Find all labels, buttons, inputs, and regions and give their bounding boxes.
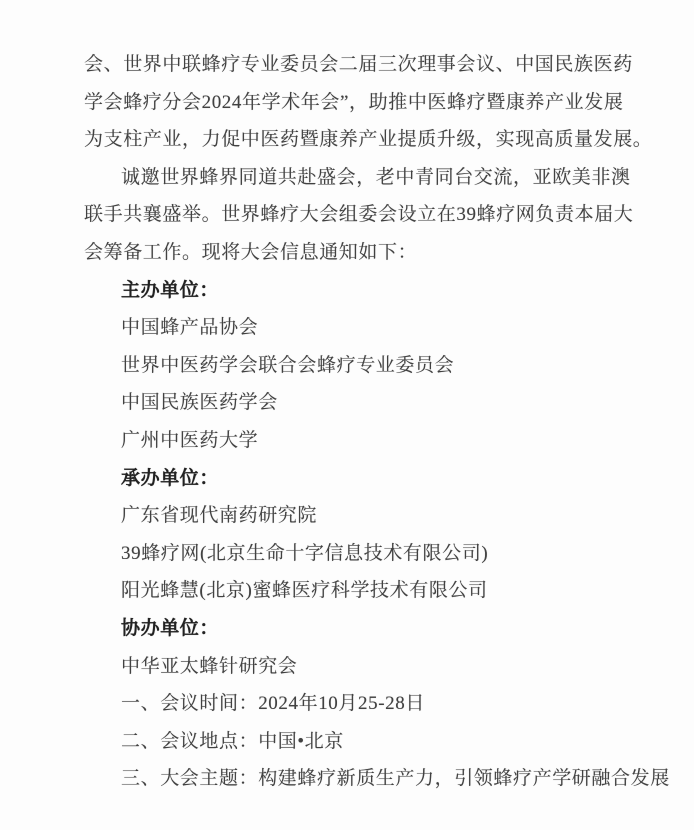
paragraph-2-line-2: 联手共襄盛举。世界蜂疗大会组委会设立在39蜂疗网负责本届大: [84, 196, 634, 234]
co-organizers-section: 协办单位： 中华亚太蜂针研究会: [84, 610, 634, 685]
conference-theme-line: 三、大会主题：构建蜂疗新质生产力，引领蜂疗产学研融合发展: [84, 760, 634, 798]
organizer-org-1: 广东省现代南药研究院: [84, 497, 634, 535]
paragraph-2-line-3: 会筹备工作。现将大会信息通知如下：: [84, 234, 634, 272]
meeting-location-line: 二、会议地点：中国•北京: [84, 723, 634, 761]
co-organizers-header: 协办单位：: [84, 610, 634, 648]
paragraph-2-line-1: 诚邀世界蜂界同道共赴盛会，老中青同台交流，亚欧美非澳: [84, 159, 634, 197]
organizers-header: 承办单位：: [84, 460, 634, 498]
paragraph-1-line-2: 学会蜂疗分会2024年学术年会”，助推中医蜂疗暨康养产业发展: [84, 84, 634, 122]
host-org-4: 广州中医药大学: [84, 422, 634, 460]
conference-details-section: 一、会议时间：2024年10月25-28日 二、会议地点：中国•北京 三、大会主…: [84, 685, 634, 798]
hosts-header: 主办单位：: [84, 272, 634, 310]
co-organizer-org-1: 中华亚太蜂针研究会: [84, 648, 634, 686]
host-org-2: 世界中医药学会联合会蜂疗专业委员会: [84, 347, 634, 385]
paragraph-1: 会、世界中联蜂疗专业委员会二届三次理事会议、中国民族医药 学会蜂疗分会2024年…: [84, 46, 634, 159]
host-org-3: 中国民族医药学会: [84, 384, 634, 422]
organizer-org-2: 39蜂疗网(北京生命十字信息技术有限公司): [84, 535, 634, 573]
paragraph-2: 诚邀世界蜂界同道共赴盛会，老中青同台交流，亚欧美非澳 联手共襄盛举。世界蜂疗大会…: [84, 159, 634, 272]
meeting-time-line: 一、会议时间：2024年10月25-28日: [84, 685, 634, 723]
paragraph-1-line-1: 会、世界中联蜂疗专业委员会二届三次理事会议、中国民族医药: [84, 46, 634, 84]
organizers-section: 承办单位： 广东省现代南药研究院 39蜂疗网(北京生命十字信息技术有限公司) 阳…: [84, 460, 634, 610]
host-org-1: 中国蜂产品协会: [84, 309, 634, 347]
paragraph-1-line-3: 为支柱产业，力促中医药暨康养产业提质升级，实现高质量发展。: [84, 121, 634, 159]
organizer-org-3: 阳光蜂慧(北京)蜜蜂医疗科学技术有限公司: [84, 572, 634, 610]
document-page: 会、世界中联蜂疗专业委员会二届三次理事会议、中国民族医药 学会蜂疗分会2024年…: [0, 0, 694, 830]
hosts-section: 主办单位： 中国蜂产品协会 世界中医药学会联合会蜂疗专业委员会 中国民族医药学会…: [84, 272, 634, 460]
